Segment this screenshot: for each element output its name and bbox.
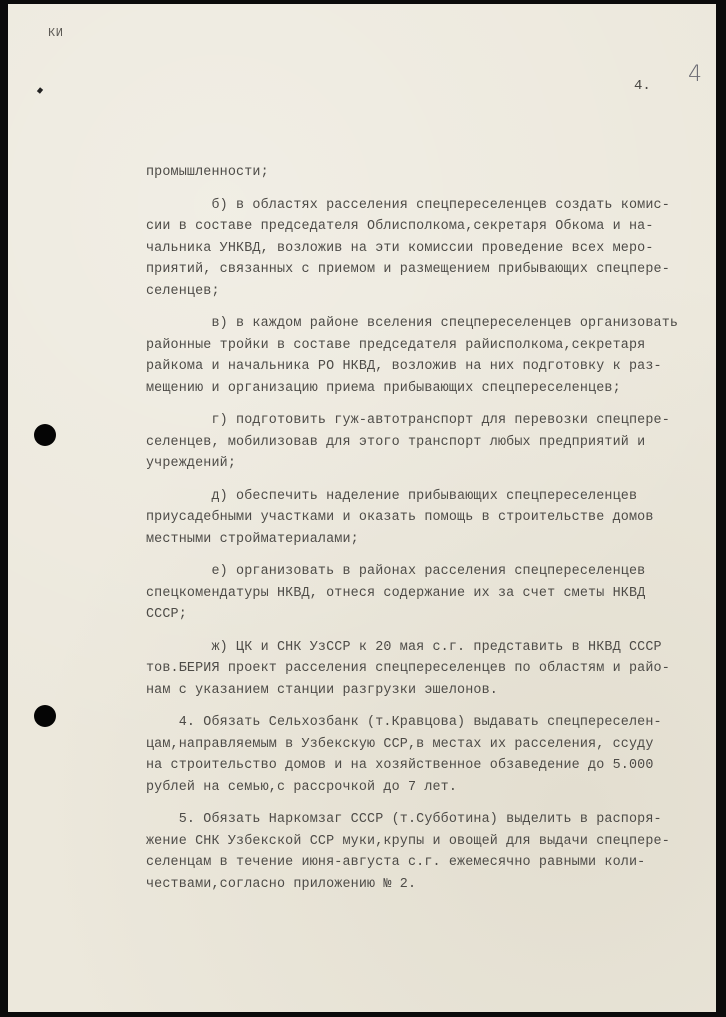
paragraph-gap xyxy=(146,701,726,712)
corner-mark: КИ xyxy=(48,26,63,40)
paragraph-gap xyxy=(146,475,726,486)
text-line: сии в составе председателя Облисполкома,… xyxy=(146,216,726,238)
paragraph-item-v: в) в каждом районе вселения спецпереселе… xyxy=(146,313,726,399)
text-line: приусадебными участками и оказать помощь… xyxy=(146,507,726,529)
paragraph-gap xyxy=(146,302,726,313)
paragraph-gap xyxy=(146,184,726,195)
text-line: райкома и начальника РО НКВД, возложив н… xyxy=(146,356,726,378)
paragraph-item-g: г) подготовить гуж-автотранспорт для пер… xyxy=(146,410,726,475)
text-line: д) обеспечить наделение прибывающих спец… xyxy=(146,486,726,508)
text-line: тов.БЕРИЯ проект расселения спецпереселе… xyxy=(146,658,726,680)
text-line: приятий, связанных с приемом и размещени… xyxy=(146,259,726,281)
paragraph-item-d: д) обеспечить наделение прибывающих спец… xyxy=(146,486,726,551)
text-line: рублей на семью,с рассрочкой до 7 лет. xyxy=(146,777,726,799)
text-line: местными стройматериалами; xyxy=(146,529,726,551)
text-line: б) в областях расселения спецпереселенце… xyxy=(146,195,726,217)
text-line: селенцам в течение июня-августа с.г. еже… xyxy=(146,852,726,874)
text-line: цам,направляемым в Узбекскую ССР,в места… xyxy=(146,734,726,756)
text-line: селенцев; xyxy=(146,281,726,303)
text-line: СССР; xyxy=(146,604,726,626)
text-line: е) организовать в районах расселения спе… xyxy=(146,561,726,583)
paragraph-gap xyxy=(146,550,726,561)
document-body: промышленности; б) в областях расселения… xyxy=(146,162,726,895)
text-line: ж) ЦК и СНК УзССР к 20 мая с.г. представ… xyxy=(146,637,726,659)
text-line: в) в каждом районе вселения спецпереселе… xyxy=(146,313,726,335)
scan-edge-shadow xyxy=(716,280,726,1017)
paragraph-item-b: б) в областях расселения спецпереселенце… xyxy=(146,195,726,303)
text-line: нам с указанием станции разгрузки эшелон… xyxy=(146,680,726,702)
paragraph-item-zh: ж) ЦК и СНК УзССР к 20 мая с.г. представ… xyxy=(146,637,726,702)
text-line: селенцев, мобилизовав для этого транспор… xyxy=(146,432,726,454)
paragraph-gap xyxy=(146,626,726,637)
text-line: на строительство домов и на хозяйственно… xyxy=(146,755,726,777)
page-number: 4. xyxy=(634,78,651,94)
text-line: 4. Обязать Сельхозбанк (т.Кравцова) выда… xyxy=(146,712,726,734)
text-line: 5. Обязать Наркомзаг СССР (т.Субботина) … xyxy=(146,809,726,831)
text-line: мещению и организацию приема прибывающих… xyxy=(146,378,726,400)
handwritten-page-number: 4 xyxy=(688,62,702,87)
punch-hole-icon xyxy=(34,424,56,446)
ink-tick-mark xyxy=(37,87,43,93)
paragraph-gap xyxy=(146,798,726,809)
text-line: чальника УНКВД, возложив на эти комиссии… xyxy=(146,238,726,260)
text-line: спецкомендатуры НКВД, отнеся содержание … xyxy=(146,583,726,605)
paragraph-point-5: 5. Обязать Наркомзаг СССР (т.Субботина) … xyxy=(146,809,726,895)
text-line: жение СНК Узбекской ССР муки,крупы и ово… xyxy=(146,831,726,853)
paragraph-gap xyxy=(146,399,726,410)
text-line: учреждений; xyxy=(146,453,726,475)
punch-hole-icon xyxy=(34,705,56,727)
paragraph-continuation: промышленности; xyxy=(146,162,726,184)
document-page: КИ 4. 4 промышленности; б) в областях ра… xyxy=(8,4,716,1012)
text-line: г) подготовить гуж-автотранспорт для пер… xyxy=(146,410,726,432)
paragraph-item-e: е) организовать в районах расселения спе… xyxy=(146,561,726,626)
paragraph-point-4: 4. Обязать Сельхозбанк (т.Кравцова) выда… xyxy=(146,712,726,798)
text-line: промышленности; xyxy=(146,162,726,184)
text-line: чествами,согласно приложению № 2. xyxy=(146,874,726,896)
text-line: районные тройки в составе председателя р… xyxy=(146,335,726,357)
